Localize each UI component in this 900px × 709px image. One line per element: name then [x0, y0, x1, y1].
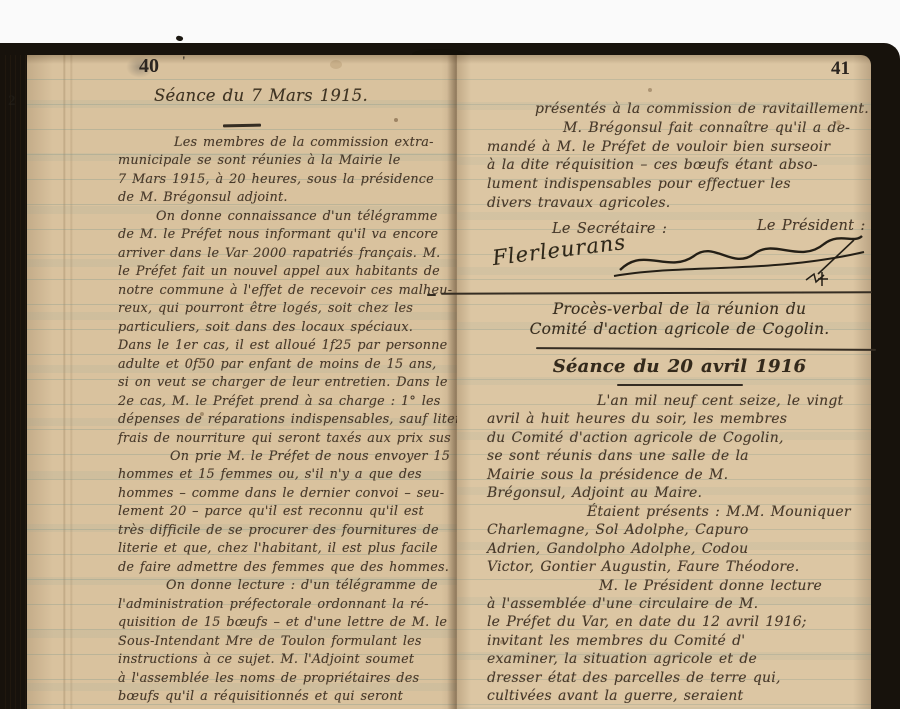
text-line: arriver dans le Var 2000 rapatriés franç…: [118, 245, 456, 263]
text-line: de M. le Préfet nous informant qu'il va …: [118, 226, 456, 244]
text-line: reux, qui pourront être logés, soit chez…: [118, 300, 456, 318]
text-line: le Préfet fait un nouvel appel aux habit…: [118, 263, 456, 281]
session-title: Séance du 20 avril 1916: [487, 356, 872, 377]
text-line: examiner, la situation agricole et de: [487, 650, 869, 668]
seance-title-left: Séance du 7 Mars 1915.: [154, 86, 368, 105]
paper-stain: [262, 270, 265, 273]
session-underline: [617, 384, 743, 386]
paragraph-lecture-gauche: On donne lecture : d'un télégramme del'a…: [118, 577, 456, 706]
paper-stain: [500, 640, 504, 644]
text-line: divers travaux agricoles.: [487, 194, 867, 213]
text-line: Brégonsul, Adjoint au Maire.: [487, 484, 869, 502]
text-line: Sous-Intendant Mre de Toulon formulant l…: [118, 633, 456, 651]
text-line: lement 20 – parce qu'il est reconnu qu'i…: [118, 503, 456, 521]
text-line: à la dite réquisition – ces bœufs étant …: [487, 156, 867, 175]
text-line: bœufs qu'il a réquisitionnés et qui sero…: [118, 688, 456, 706]
scanner-background: [0, 0, 900, 43]
text-line: frais de nourriture qui seront taxés aux…: [118, 430, 456, 448]
text-line: 7 Mars 1915, à 20 heures, sous la présid…: [118, 171, 456, 189]
text-line: adulte et 0f50 par enfant de moins de 15…: [118, 356, 456, 374]
paragraph-bregonsul: M. Brégonsul fait connaître qu'il a de-m…: [487, 119, 867, 213]
text-line: hommes et 15 femmes ou, s'il n'y a que d…: [118, 466, 456, 484]
text-line: à l'assemblée les noms de propriétaires …: [118, 670, 456, 688]
paper-stain: [648, 88, 652, 92]
text-line: Victor, Gontier Augustin, Faure Théodore…: [487, 558, 869, 576]
paragraph-telegramme: On donne connaissance d'un télégrammede …: [118, 208, 456, 337]
text-line: On donne connaissance d'un télégramme: [118, 208, 456, 226]
text-line: lument indispensables pour effectuer les: [487, 175, 867, 194]
text-line: Adrien, Gandolpho Adolphe, Codou: [487, 540, 869, 558]
text-line: particuliers, soit dans des locaux spéci…: [118, 319, 456, 337]
text-line: avril à huit heures du soir, les membres: [487, 410, 869, 428]
text-line: de M. Brégonsul adjoint.: [118, 189, 456, 207]
text-line: literie et que, chez l'habitant, il est …: [118, 540, 456, 558]
paragraph-circulaire: M. le Président donne lectureà l'assembl…: [487, 577, 869, 706]
text-line: invitant les membres du Comité d': [487, 632, 869, 650]
text-line: Mairie sous la présidence de M.: [487, 466, 869, 484]
text-line: présentés à la commission de ravitaillem…: [487, 100, 867, 119]
paragraph-cas: Dans le 1er cas, il est alloué 1f25 par …: [118, 337, 456, 448]
text-line: quisition de 15 bœufs – et d'une lettre …: [118, 614, 456, 632]
text-line: se sont réunis dans une salle de la: [487, 447, 869, 465]
paper-stain: [200, 412, 204, 416]
text-line: Étaient présents : M.M. Mouniquer: [487, 503, 869, 521]
text-line: l'administration préfectorale ordonnant …: [118, 596, 456, 614]
right-page-top-text: présentés à la commission de ravitaillem…: [487, 100, 867, 213]
text-line: très difficile de se procurer des fourni…: [118, 522, 456, 540]
text-line: M. Brégonsul fait connaître qu'il a de-: [487, 119, 867, 138]
text-line: On donne lecture : d'un télégramme de: [118, 577, 456, 595]
left-page-text: Les membres de la commission extra-munic…: [118, 134, 456, 707]
text-line: dépenses de réparations indispensables, …: [118, 411, 456, 429]
text-line: du Comité d'action agricole de Cogolin,: [487, 429, 869, 447]
text-line: On prie M. le Préfet de nous envoyer 15: [118, 448, 456, 466]
text-line: Procès-verbal de la réunion du: [487, 299, 872, 319]
text-line: L'an mil neuf cent seize, le vingt: [487, 392, 869, 410]
paragraph-envoyer: On prie M. le Préfet de nous envoyer 15h…: [118, 448, 456, 577]
paper-stain: [836, 120, 841, 125]
text-line: dresser état des parcelles de terre qui,: [487, 669, 869, 687]
paper-stain: [330, 60, 342, 69]
section-separator-dash: [427, 294, 436, 296]
binding-edge-number: 2: [8, 93, 16, 110]
paragraph-members: Les membres de la commission extra-munic…: [118, 134, 456, 208]
page-number-right: 41: [831, 58, 850, 80]
text-line: Les membres de la commission extra-: [118, 134, 456, 152]
text-line: le Préfet du Var, en date du 12 avril 19…: [487, 613, 869, 631]
text-line: notre commune à l'effet de recevoir ces …: [118, 282, 456, 300]
paper-stain: [394, 118, 398, 122]
paragraph-ouverture: L'an mil neuf cent seize, le vingtavril …: [487, 392, 869, 503]
text-line: Dans le 1er cas, il est alloué 1f25 par …: [118, 337, 456, 355]
president-signature: [610, 228, 872, 292]
paragraph-presents: Étaient présents : M.M. MouniquerCharlem…: [487, 503, 869, 577]
text-line: cultivées avant la guerre, seraient: [487, 687, 869, 705]
page-number-left: 40: [139, 55, 159, 78]
proces-verbal-heading: Procès-verbal de la réunion duComité d'a…: [487, 299, 872, 339]
text-line: 2e cas, M. le Préfet prend à sa charge :…: [118, 393, 456, 411]
paper-stain: [700, 300, 710, 308]
text-line: Charlemagne, Sol Adolphe, Capuro: [487, 521, 869, 539]
text-line: instructions à ce sujet. M. l'Adjoint so…: [118, 651, 456, 669]
text-line: Comité d'action agricole de Cogolin.: [487, 319, 872, 339]
text-line: à l'assemblée d'une circulaire de M.: [487, 595, 869, 613]
text-line: hommes – comme dans le dernier convoi – …: [118, 485, 456, 503]
text-line: M. le Président donne lecture: [487, 577, 869, 595]
text-line: si on veut se charger de leur entretien.…: [118, 374, 456, 392]
page-number-left-mark: ': [182, 53, 186, 69]
paragraph-continuation: présentés à la commission de ravitaillem…: [487, 100, 867, 119]
scanned-register-document: 2 40 ' Séance du 7 Mars 1915. Les membre…: [0, 0, 900, 709]
text-line: mandé à M. le Préfet de vouloir bien sur…: [487, 138, 867, 157]
right-page-body-text: L'an mil neuf cent seize, le vingtavril …: [487, 392, 869, 706]
text-line: municipale se sont réunies à la Mairie l…: [118, 152, 456, 170]
text-line: de faire admettre des femmes que des hom…: [118, 559, 456, 577]
binding-page-edge: 2: [5, 55, 27, 709]
